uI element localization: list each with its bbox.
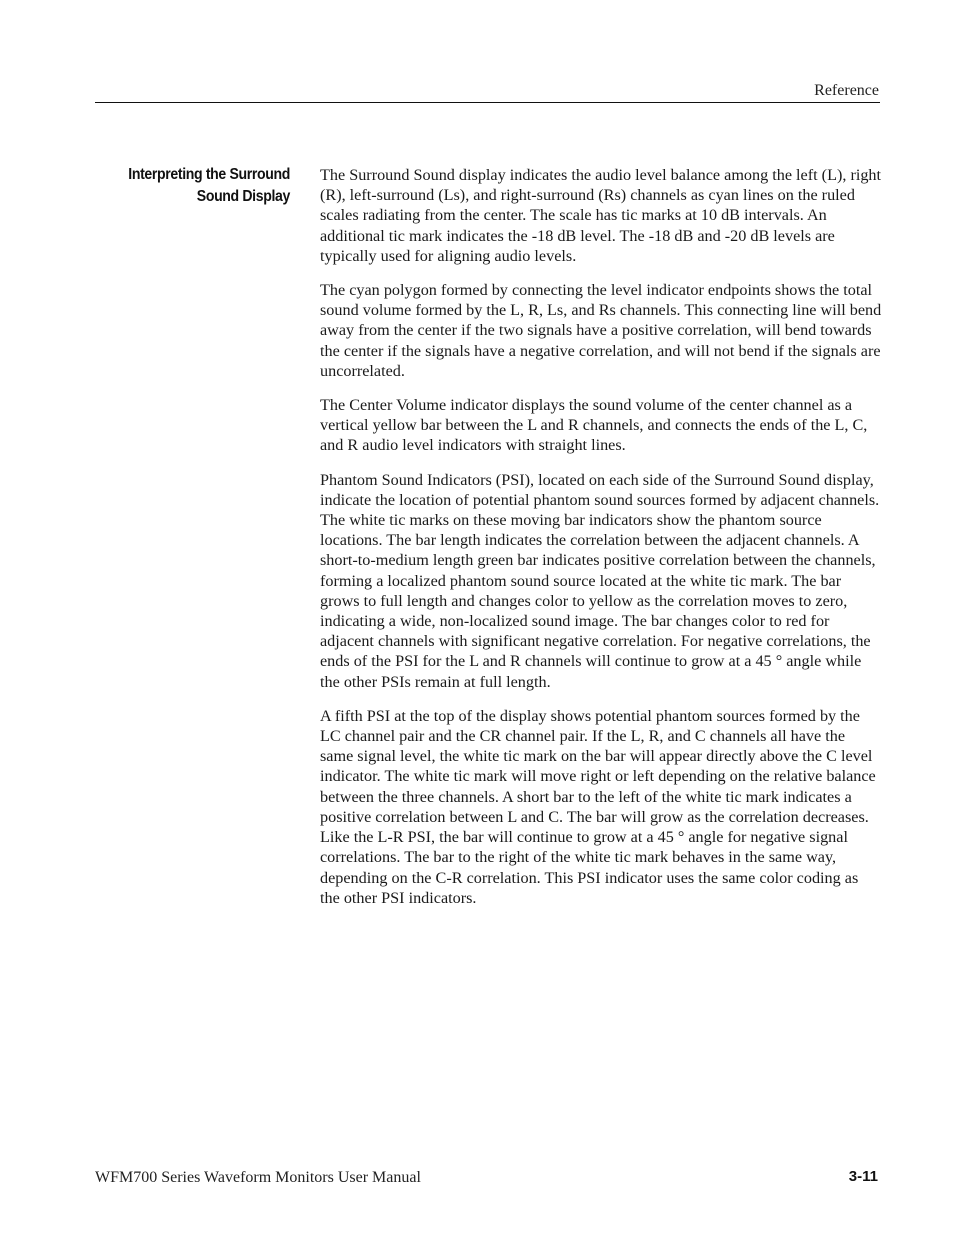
paragraph-fifth-psi: A fifth PSI at the top of the display sh… [320,706,882,908]
paragraph-center-volume: The Center Volume indicator displays the… [320,395,882,456]
page-number: 3-11 [849,1167,878,1187]
section-heading: Interpreting the Surround Sound Display [118,164,290,208]
body-text: The Surround Sound display indicates the… [320,165,882,922]
paragraph-phantom-sound-indicators: Phantom Sound Indicators (PSI), located … [320,470,882,692]
section-heading-line-2: Sound Display [118,186,290,208]
footer-manual-title: WFM700 Series Waveform Monitors User Man… [95,1168,421,1188]
header-rule [95,102,880,103]
section-heading-line-1: Interpreting the Surround [118,164,290,186]
running-head: Reference [95,81,879,101]
paragraph-surround-display: The Surround Sound display indicates the… [320,165,882,266]
paragraph-cyan-polygon: The cyan polygon formed by connecting th… [320,280,882,381]
